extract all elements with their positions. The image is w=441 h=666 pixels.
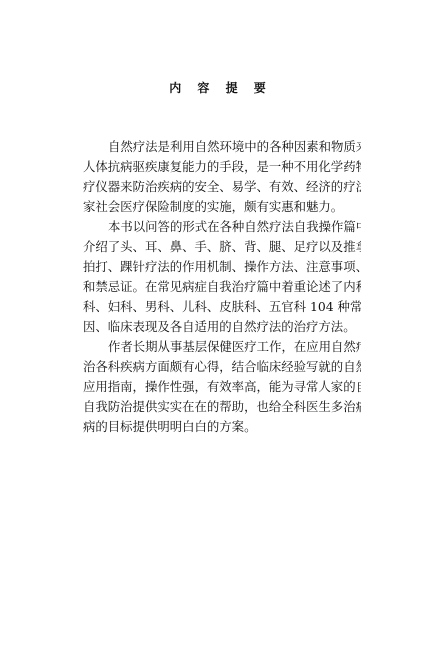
summary-body: 自然疗法是利用自然环境中的各种因素和物质来激发 人体抗病驱疾康复能力的手段，是一… xyxy=(83,137,361,437)
paragraph-2: 本书以问答的形式在各种自然疗法自我操作篇中详细 介绍了头、耳、鼻、手、脐、背、腿… xyxy=(83,217,361,337)
text-line: 拍打、踝针疗法的作用机制、操作方法、注意事项、适应证 xyxy=(83,257,361,277)
text-line: 介绍了头、耳、鼻、手、脐、背、腿、足疗以及推拿、拔罐、捏筋 xyxy=(83,237,361,257)
text-line: 治各科疾病方面颇有心得，结合临床经验写就的自然疗法 xyxy=(83,357,361,377)
text-line: 人体抗病驱疾康复能力的手段，是一种不用化学药物和医 xyxy=(83,157,361,177)
text-line: 本书以问答的形式在各种自然疗法自我操作篇中详细 xyxy=(83,217,361,237)
text-line: 自然疗法是利用自然环境中的各种因素和物质来激发 xyxy=(83,137,361,157)
page-title: 内 容 提 要 xyxy=(0,78,441,98)
book-page: 内 容 提 要 自然疗法是利用自然环境中的各种因素和物质来激发 人体抗病驱疾康复… xyxy=(0,0,441,666)
text-line: 自我防治提供实实在在的帮助，也给全科医生多治病、治好 xyxy=(83,397,361,417)
text-line: 家社会医疗保险制度的实施，颇有实惠和魅力。 xyxy=(83,197,361,217)
paragraph-1: 自然疗法是利用自然环境中的各种因素和物质来激发 人体抗病驱疾康复能力的手段，是一… xyxy=(83,137,361,217)
text-line: 因、临床表现及各自适用的自然疗法的治疗方法。 xyxy=(83,317,361,337)
text-line: 作者长期从事基层保健医疗工作，在应用自然疗法防 xyxy=(83,337,361,357)
text-line: 病的目标提供明明白白的方案。 xyxy=(83,417,361,437)
text-line: 科、妇科、男科、儿科、皮肤科、五官科 104 种常见病症的病 xyxy=(83,297,361,317)
paragraph-3: 作者长期从事基层保健医疗工作，在应用自然疗法防 治各科疾病方面颇有心得，结合临床… xyxy=(83,337,361,437)
text-line: 疗仪器来防治疾病的安全、易学、有效、经济的疗法，随着国 xyxy=(83,177,361,197)
text-line: 和禁忌证。在常见病症自我治疗篇中着重论述了内科、外 xyxy=(83,277,361,297)
text-line: 应用指南，操作性强，有效率高，能为寻常人家的自我保健、 xyxy=(83,377,361,397)
